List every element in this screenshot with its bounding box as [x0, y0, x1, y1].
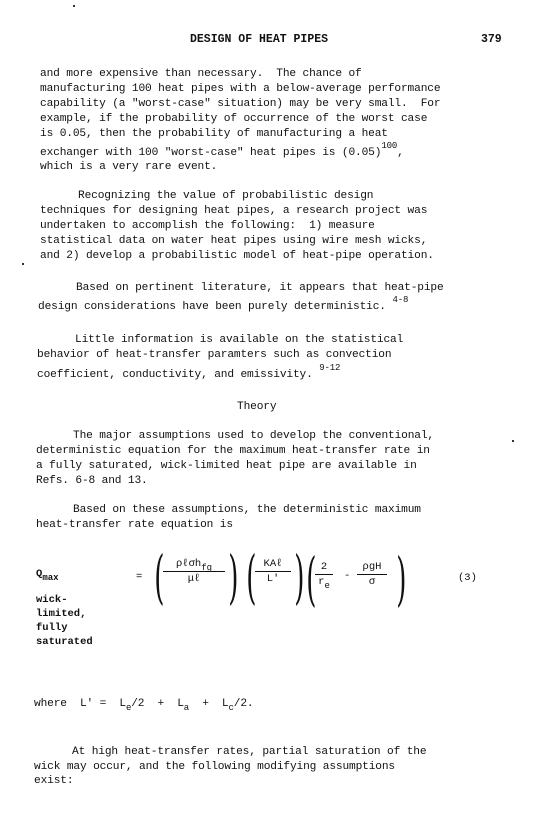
term1-numerator: ρℓσh — [176, 558, 201, 570]
right-paren: ) — [294, 548, 304, 606]
right-paren: ) — [228, 548, 238, 606]
equation-number: (3) — [458, 572, 477, 586]
reference-superscript: 4-8 — [392, 295, 408, 305]
text-line: wick may occur, and the following modify… — [34, 760, 395, 774]
term3a-subscript: e — [324, 581, 329, 591]
text-line: and 2) develop a probabilistic model of … — [40, 249, 434, 263]
text-line: Little information is available on the s… — [75, 333, 403, 347]
text-line: behavior of heat-transfer paramters such… — [37, 348, 391, 362]
text-line: and more expensive than necessary. The c… — [40, 67, 362, 81]
where-word: where — [34, 698, 67, 710]
denominator: re — [315, 575, 333, 589]
text-line: techniques for designing heat pipes, a r… — [40, 204, 427, 218]
minus-sign: - — [344, 570, 350, 584]
numerator: ρℓσhfg — [163, 557, 225, 572]
running-title: DESIGN OF HEAT PIPES — [190, 33, 328, 46]
text-line: is 0.05, then the probability of manufac… — [40, 127, 388, 141]
scan-speck — [73, 5, 75, 7]
text-line: Based on these assumptions, the determin… — [73, 503, 421, 517]
term-le: L — [119, 698, 126, 710]
term2-numerator: KAℓ — [255, 557, 291, 572]
term3b-denominator: σ — [357, 575, 387, 589]
lhs-label-line: fully — [36, 622, 68, 636]
lhs-label-line: wick- — [36, 594, 68, 608]
lhs-label-line: saturated — [36, 636, 93, 650]
term3a-numerator: 2 — [315, 560, 333, 575]
text-line: capability (a "worst-case" situation) ma… — [40, 97, 440, 111]
text-line: example, if the probability of occurrenc… — [40, 112, 427, 126]
lhs-label-line: limited, — [36, 608, 86, 622]
text-span: exchanger with 100 "worst-case" heat pip… — [40, 147, 381, 159]
where-clause: where L′ = Le/2 + La + Lc/2. — [34, 697, 253, 711]
page-number: 379 — [481, 33, 502, 46]
text-line: design considerations have been purely d… — [38, 300, 408, 314]
text-line: The major assumptions used to develop th… — [73, 429, 434, 443]
fraction-term-3a: 2 re — [315, 560, 333, 589]
text-line: statistical data on water heat pipes usi… — [40, 234, 427, 248]
scan-speck — [22, 263, 24, 265]
exponent: 100 — [381, 141, 397, 151]
equation-lhs: Qmax — [36, 568, 59, 582]
subscript: c — [229, 703, 234, 713]
text-span: , — [397, 147, 404, 159]
text-span: /2 — [131, 698, 144, 710]
lhs-subscript: max — [42, 573, 58, 583]
scan-speck — [512, 440, 514, 442]
text-line: exchanger with 100 "worst-case" heat pip… — [40, 146, 404, 160]
text-line: exist: — [34, 774, 73, 788]
equals-sign: = — [136, 571, 142, 585]
text-line: Recognizing the value of probabilistic d… — [78, 189, 373, 203]
text-line: manufacturing 100 heat pipes with a belo… — [40, 82, 440, 96]
text-line: coefficient, conductivity, and emissivit… — [37, 368, 340, 382]
term-lc: L — [222, 698, 229, 710]
section-heading: Theory — [237, 400, 276, 414]
text-line: undertaken to accomplish the following: … — [40, 219, 375, 233]
reference-superscript: 9-12 — [319, 363, 340, 373]
text-span: /2. — [234, 698, 254, 710]
term2-denominator: L′ — [255, 572, 291, 586]
term3b-numerator: ρgH — [357, 560, 387, 575]
text-line: At high heat-transfer rates, partial sat… — [72, 745, 426, 759]
term1-denominator: μℓ — [163, 572, 225, 586]
plus-sign: + — [202, 698, 209, 710]
text-line: which is a very rare event. — [40, 160, 217, 174]
where-lhs: L′ = — [80, 698, 106, 710]
fraction-term-1: ρℓσhfg μℓ — [163, 557, 225, 586]
term1-subscript: fg — [201, 563, 212, 573]
right-paren: ) — [396, 550, 406, 608]
text-span: design considerations have been purely d… — [38, 301, 386, 313]
text-line: a fully saturated, wick-limited heat pip… — [36, 459, 417, 473]
text-line: Refs. 6-8 and 13. — [36, 474, 148, 488]
term-la: L — [177, 698, 184, 710]
plus-sign: + — [158, 698, 165, 710]
document-page: DESIGN OF HEAT PIPES 379 and more expens… — [0, 0, 535, 833]
fraction-term-3b: ρgH σ — [357, 560, 387, 589]
text-line: heat-transfer rate equation is — [36, 518, 233, 532]
text-line: deterministic equation for the maximum h… — [36, 444, 430, 458]
fraction-term-2: KAℓ L′ — [255, 557, 291, 586]
text-span: coefficient, conductivity, and emissivit… — [37, 369, 313, 381]
subscript: e — [126, 703, 131, 713]
subscript: a — [184, 703, 189, 713]
text-line: Based on pertinent literature, it appear… — [76, 281, 444, 295]
